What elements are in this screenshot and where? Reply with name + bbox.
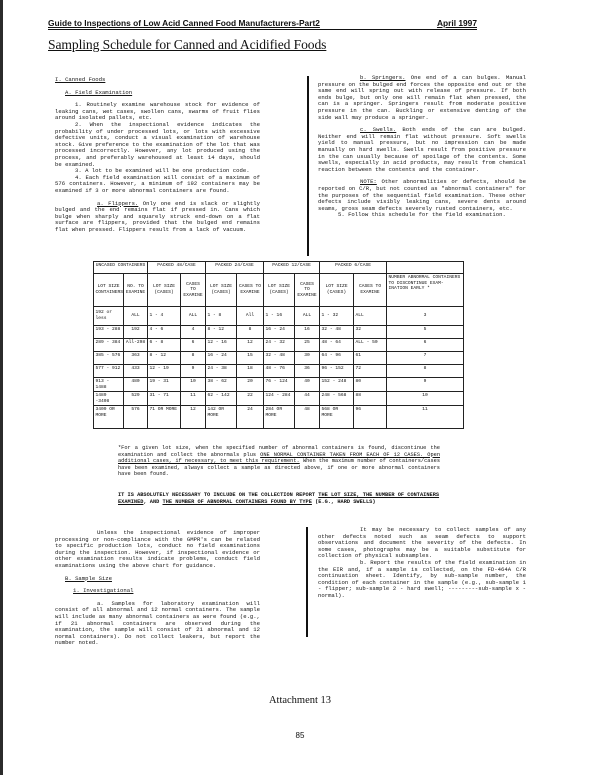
cell: ALL — [354, 307, 387, 326]
cell: 6 — [181, 339, 206, 352]
cell: 1489 -3408 — [94, 392, 124, 406]
column-header: CASES TO EXAMINE — [295, 274, 320, 307]
cell: 32 - 48 — [264, 352, 295, 365]
cell: 61 — [354, 352, 387, 365]
cell: 192 — [124, 326, 148, 339]
cell: 5 — [387, 326, 464, 339]
cell: 9 — [387, 378, 464, 392]
paragraph: It may be necessary to collect samples o… — [318, 527, 526, 560]
cell: 44 — [295, 392, 320, 406]
cell: 64 - 96 — [320, 352, 354, 365]
paragraph: a. Samples for laboratory examination wi… — [55, 601, 260, 647]
table-row: 289 - 384All-2986 - 8612 - 161224 - 3225… — [94, 339, 464, 352]
group-header — [387, 262, 464, 274]
column-header: LOT SIZE (CASES) — [320, 274, 354, 307]
table-row: 913 - 148848019 - 311038 - 622076 - 1244… — [94, 378, 464, 392]
cell: 6 — [387, 339, 464, 352]
cell: 96 — [354, 406, 387, 429]
cell: 289 - 384 — [94, 339, 124, 352]
cell: 76 - 124 — [264, 378, 295, 392]
cell: 16 — [295, 326, 320, 339]
collection-report-notice: IT IS ABSOLUTELY NECESSARY TO INCLUDE ON… — [118, 492, 440, 505]
cell: 9 — [181, 365, 206, 378]
notice-text: , AND — [143, 499, 162, 505]
cell: All-298 — [124, 339, 148, 352]
cell: 38 - 62 — [206, 378, 237, 392]
cell: 15 — [237, 352, 264, 365]
column-header: CASES TO EXAMINE — [237, 274, 264, 307]
cell: 10 — [387, 392, 464, 406]
paragraph: Unless the inspectional evidence of impr… — [55, 530, 260, 570]
cell: 18 — [237, 365, 264, 378]
cell: ALL — [181, 307, 206, 326]
column-header: LOT SIZE (CASES) — [264, 274, 295, 307]
cell: 16 - 24 — [206, 352, 237, 365]
cell: 25 — [295, 339, 320, 352]
cell: 31 - 71 — [148, 392, 181, 406]
cell: 577 - 912 — [94, 365, 124, 378]
paragraph-note: NOTE: Other abnormalities or defects, sh… — [318, 179, 526, 212]
cell: 913 - 1488 — [94, 378, 124, 392]
cell: ALL — [124, 307, 148, 326]
cell: 8 - 12 — [206, 326, 237, 339]
right-column-top: b. Springers. One end of a can bulges. M… — [318, 75, 526, 219]
cell: 12 - 16 — [206, 339, 237, 352]
cell: 11 — [387, 406, 464, 429]
cell: 36 — [295, 365, 320, 378]
header-date: April 1997 — [437, 18, 477, 28]
group-header: UNCASED CONTAINERS — [94, 262, 148, 274]
cell: 12 — [181, 406, 206, 429]
cell: 16 - 24 — [264, 326, 295, 339]
cell: 8 - 12 — [148, 352, 181, 365]
column-header: NUMBER ABNORMAL CONTAINERS TO DISCONTINU… — [387, 274, 464, 307]
paragraph: b. Report the results of the field exami… — [318, 560, 526, 600]
cell: 1 - 16 — [264, 307, 295, 326]
cell: 48 — [295, 406, 320, 429]
cell: 284 OR MORE — [264, 406, 295, 429]
cell: 24 - 38 — [206, 365, 237, 378]
cell: 1 - 4 — [148, 307, 181, 326]
cell: 576 — [124, 406, 148, 429]
subsection-heading: B. Sample Size — [65, 576, 260, 583]
cell: 24 - 32 — [264, 339, 295, 352]
group-header: PACKED 6/CASE — [320, 262, 387, 274]
column-divider — [306, 527, 308, 637]
column-divider — [307, 76, 309, 256]
cell: 62 - 142 — [206, 392, 237, 406]
cell: 20 — [237, 378, 264, 392]
table-row: 192 or lessALL1 - 4ALL1 - 8All1 - 16ALL1… — [94, 307, 464, 326]
attachment-label: Attachment 13 — [0, 695, 600, 706]
cell: 32 - 48 — [320, 326, 354, 339]
cell: ALL — [295, 307, 320, 326]
right-column-bottom: It may be necessary to collect samples o… — [318, 527, 526, 600]
section-heading: I. Canned Foods — [55, 77, 260, 84]
table-footnote: *For a given lot size, when the specifie… — [118, 445, 440, 478]
cell: 12 — [237, 339, 264, 352]
cell: 19 - 31 — [148, 378, 181, 392]
sampling-schedule-table: UNCASED CONTAINERS PACKED 48/CASE PACKED… — [93, 261, 464, 429]
cell: 480 — [124, 378, 148, 392]
cell: 192 or less — [94, 307, 124, 326]
paragraph: 4. Each field examination will consist o… — [55, 175, 260, 195]
cell: 385 - 576 — [94, 352, 124, 365]
paragraph-springers: b. Springers. One end of a can bulges. M… — [318, 75, 526, 121]
cell: 11 — [181, 392, 206, 406]
cell: 568 OR MORE — [320, 406, 354, 429]
note-text: Other abnormalities or defects, should b… — [318, 178, 526, 211]
paragraph-swells: c. Swells. Both ends of the can are bulg… — [318, 127, 526, 173]
table-row: 1489 -340852931 - 711162 - 14222124 - 28… — [94, 392, 464, 406]
notice-text: IT IS ABSOLUTELY NECESSARY TO INCLUDE ON… — [118, 492, 318, 498]
subsection-heading: 1. Investigational — [73, 588, 260, 595]
column-header: LOT SIZE (CASES) — [148, 274, 181, 307]
cell: 48 - 76 — [264, 365, 295, 378]
cell: All — [237, 307, 264, 326]
cell: 22 — [237, 392, 264, 406]
definition-text: Only one end is slack or slightly bulged… — [55, 200, 260, 233]
cell: 80 — [354, 378, 387, 392]
cell: 6 - 8 — [148, 339, 181, 352]
cell: 1 - 32 — [320, 307, 354, 326]
group-header: PACKED 48/CASE — [148, 262, 206, 274]
table-row: 385 - 5763638 - 12816 - 241532 - 483064 … — [94, 352, 464, 365]
cell: 71 OR MORE — [148, 406, 181, 429]
column-header: CASES TO EXAMINE — [181, 274, 206, 307]
header-title: Guide to Inspections of Low Acid Canned … — [48, 18, 320, 28]
page-title: Sampling Schedule for Canned and Acidifi… — [48, 37, 326, 53]
cell: 363 — [124, 352, 148, 365]
running-header: Guide to Inspections of Low Acid Canned … — [48, 18, 477, 30]
table-group-header-row: UNCASED CONTAINERS PACKED 48/CASE PACKED… — [94, 262, 464, 274]
cell: ALL - 50 — [354, 339, 387, 352]
cell: 48 - 64 — [320, 339, 354, 352]
definition-text: One end of a can bulges. Manual pressure… — [318, 74, 526, 121]
left-column-bottom: Unless the inspectional evidence of impr… — [55, 530, 260, 647]
definition-text: Both ends of the can are bulged. Neither… — [318, 126, 526, 173]
scan-edge — [0, 0, 3, 775]
left-column-top: I. Canned Foods A. Field Examination 1. … — [55, 75, 260, 233]
cell: 433 — [124, 365, 148, 378]
table-row: 3409 OR MORE57671 OR MORE12142 OR MORE24… — [94, 406, 464, 429]
cell: 10 — [181, 378, 206, 392]
paragraph-flippers: a. Flippers. Only one end is slack or sl… — [55, 201, 260, 234]
table-row: 193 - 2881924 - 648 - 12816 - 241632 - 4… — [94, 326, 464, 339]
cell: 40 — [295, 378, 320, 392]
column-header: LOT SIZE (CASES) — [206, 274, 237, 307]
notice-emphasis: THE NUMBER OF ABNORMAL CONTAINERS FOUND … — [163, 499, 312, 505]
cell: 88 — [354, 392, 387, 406]
cell: 72 — [354, 365, 387, 378]
cell: 4 - 6 — [148, 326, 181, 339]
group-header: PACKED 24/CASE — [206, 262, 264, 274]
cell: 124 - 284 — [264, 392, 295, 406]
column-header: CASES TO EXAMINE — [354, 274, 387, 307]
cell: 32 — [354, 326, 387, 339]
cell: 193 - 288 — [94, 326, 124, 339]
cell: 96 - 152 — [320, 365, 354, 378]
cell: 30 — [295, 352, 320, 365]
cell: 3409 OR MORE — [94, 406, 124, 429]
cell: 8 — [237, 326, 264, 339]
cell: 4 — [181, 326, 206, 339]
notice-text: (E.G., HARD SWELLS) — [312, 499, 376, 505]
cell: 24 — [237, 406, 264, 429]
column-header: LOT SIZE CONTAINERS — [94, 274, 124, 307]
cell: 152 - 248 — [320, 378, 354, 392]
subsection-heading: A. Field Examination — [65, 90, 260, 97]
table-row: 577 - 91243312 - 19924 - 381848 - 763696… — [94, 365, 464, 378]
group-header: PACKED 12/CASE — [264, 262, 320, 274]
paragraph: 1. Routinely examine warehouse stock for… — [55, 102, 260, 122]
table-column-header-row: LOT SIZE CONTAINERS NO. TO EXAMINE LOT S… — [94, 274, 464, 307]
cell: 142 OR MORE — [206, 406, 237, 429]
cell: 529 — [124, 392, 148, 406]
cell: 7 — [387, 352, 464, 365]
cell: 8 — [387, 365, 464, 378]
cell: 248 - 568 — [320, 392, 354, 406]
column-header: NO. TO EXAMINE — [124, 274, 148, 307]
cell: 8 — [181, 352, 206, 365]
paragraph: 2. When the inspectional evidence indica… — [55, 122, 260, 168]
cell: 12 - 19 — [148, 365, 181, 378]
paragraph: 5. Follow this schedule for the field ex… — [318, 212, 526, 219]
cell: 3 — [387, 307, 464, 326]
page-number: 85 — [0, 731, 600, 740]
cell: 1 - 8 — [206, 307, 237, 326]
